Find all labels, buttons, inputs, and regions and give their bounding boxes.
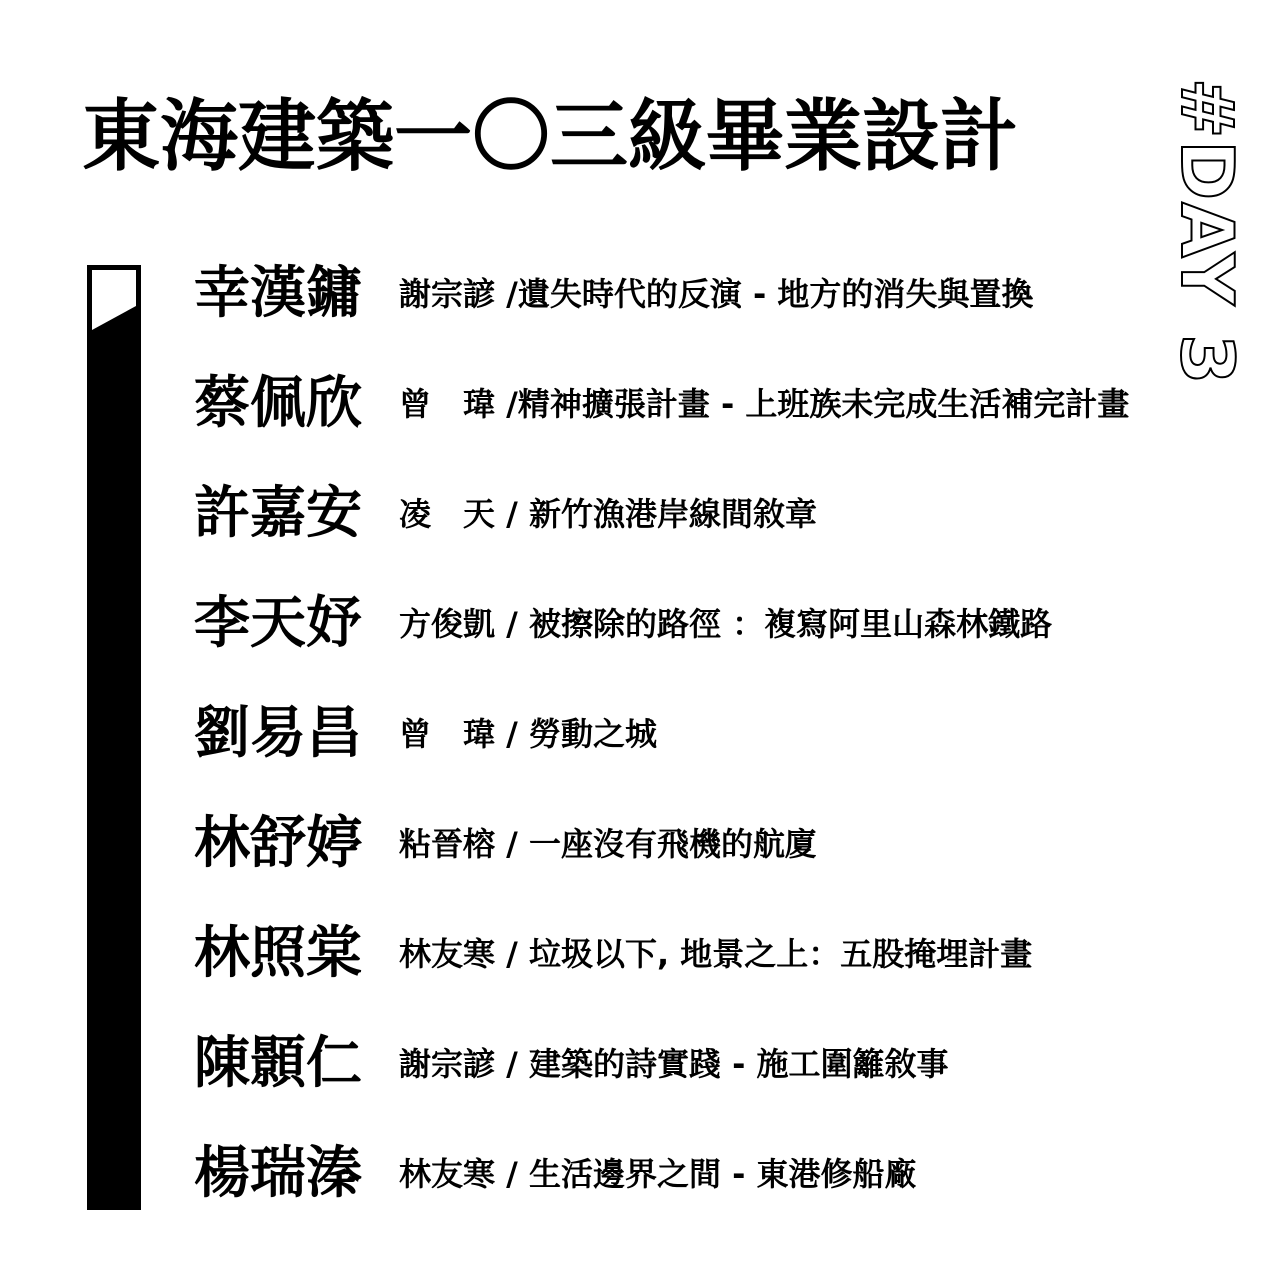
- advisor-name: 謝宗諺: [399, 275, 495, 313]
- project-title: 建築的詩實踐 - 施工圍籬敘事: [529, 1045, 949, 1083]
- project-entry: 謝宗諺 /遺失時代的反演 - 地方的消失與置換: [399, 262, 1033, 312]
- student-row: 林照棠 林友寒 / 垃圾以下, 地景之上：五股掩埋計畫: [194, 922, 1194, 1032]
- project-title: 一座沒有飛機的航廈: [529, 825, 817, 863]
- student-name: 林舒婷: [194, 812, 399, 876]
- advisor-name: 謝宗諺: [399, 1045, 495, 1083]
- timeline-bar-notch: [92, 270, 136, 330]
- student-row: 蔡佩欣 曾 瑋 /精神擴張計畫 - 上班族未完成生活補完計畫: [194, 372, 1194, 482]
- project-entry: 凌 天 / 新竹漁港岸線間敘章: [399, 482, 817, 532]
- separator: /: [495, 1045, 529, 1083]
- separator: /: [495, 275, 518, 313]
- timeline-bar: [87, 265, 141, 1210]
- project-title: 生活邊界之間 - 東港修船廠: [529, 1155, 917, 1193]
- student-name: 幸漢鏞: [194, 262, 399, 326]
- separator: /: [495, 495, 529, 533]
- advisor-name: 粘晉榕: [399, 825, 495, 863]
- student-row: 幸漢鏞 謝宗諺 /遺失時代的反演 - 地方的消失與置換: [194, 262, 1194, 372]
- project-title: 垃圾以下, 地景之上：五股掩埋計畫: [529, 935, 1032, 973]
- separator: /: [495, 385, 518, 423]
- advisor-name: 曾 瑋: [399, 385, 495, 423]
- student-row: 李天妤 方俊凱 / 被擦除的路徑 ：複寫阿里山森林鐵路: [194, 592, 1194, 702]
- advisor-name: 凌 天: [399, 495, 495, 533]
- project-title: 新竹漁港岸線間敘章: [529, 495, 817, 533]
- advisor-name: 林友寒: [399, 935, 495, 973]
- project-title: 精神擴張計畫 - 上班族未完成生活補完計畫: [518, 385, 1130, 423]
- advisor-name: 林友寒: [399, 1155, 495, 1193]
- separator: /: [495, 1155, 529, 1193]
- project-entry: 曾 瑋 /精神擴張計畫 - 上班族未完成生活補完計畫: [399, 372, 1129, 422]
- student-row: 陳顥仁 謝宗諺 / 建築的詩實踐 - 施工圍籬敘事: [194, 1032, 1194, 1142]
- advisor-name: 曾 瑋: [399, 715, 495, 753]
- project-entry: 謝宗諺 / 建築的詩實踐 - 施工圍籬敘事: [399, 1032, 949, 1082]
- separator: /: [495, 605, 529, 643]
- student-name: 蔡佩欣: [194, 372, 399, 436]
- project-entry: 粘晉榕 / 一座沒有飛機的航廈: [399, 812, 817, 862]
- project-title: 勞動之城: [529, 715, 657, 753]
- page-title: 東海建築一〇三級畢業設計: [82, 98, 1018, 176]
- student-row: 許嘉安 凌 天 / 新竹漁港岸線間敘章: [194, 482, 1194, 592]
- student-row: 林舒婷 粘晉榕 / 一座沒有飛機的航廈: [194, 812, 1194, 922]
- project-entry: 林友寒 / 生活邊界之間 - 東港修船廠: [399, 1142, 917, 1192]
- separator: /: [495, 935, 529, 973]
- student-row: 楊瑞溱 林友寒 / 生活邊界之間 - 東港修船廠: [194, 1142, 1194, 1252]
- project-entry: 曾 瑋 / 勞動之城: [399, 702, 657, 752]
- student-name: 楊瑞溱: [194, 1142, 399, 1206]
- student-name: 許嘉安: [194, 482, 399, 546]
- advisor-name: 方俊凱: [399, 605, 495, 643]
- student-name: 陳顥仁: [194, 1032, 399, 1096]
- project-entry: 方俊凱 / 被擦除的路徑 ：複寫阿里山森林鐵路: [399, 592, 1052, 642]
- separator: /: [495, 715, 529, 753]
- separator: /: [495, 825, 529, 863]
- student-row: 劉易昌 曾 瑋 / 勞動之城: [194, 702, 1194, 812]
- project-title: 遺失時代的反演 - 地方的消失與置換: [518, 275, 1034, 313]
- student-name: 劉易昌: [194, 702, 399, 766]
- student-name: 林照棠: [194, 922, 399, 986]
- student-list: 幸漢鏞 謝宗諺 /遺失時代的反演 - 地方的消失與置換 蔡佩欣 曾 瑋 /精神擴…: [194, 262, 1194, 1252]
- student-name: 李天妤: [194, 592, 399, 656]
- project-entry: 林友寒 / 垃圾以下, 地景之上：五股掩埋計畫: [399, 922, 1032, 972]
- project-title: 被擦除的路徑 ：複寫阿里山森林鐵路: [529, 605, 1052, 643]
